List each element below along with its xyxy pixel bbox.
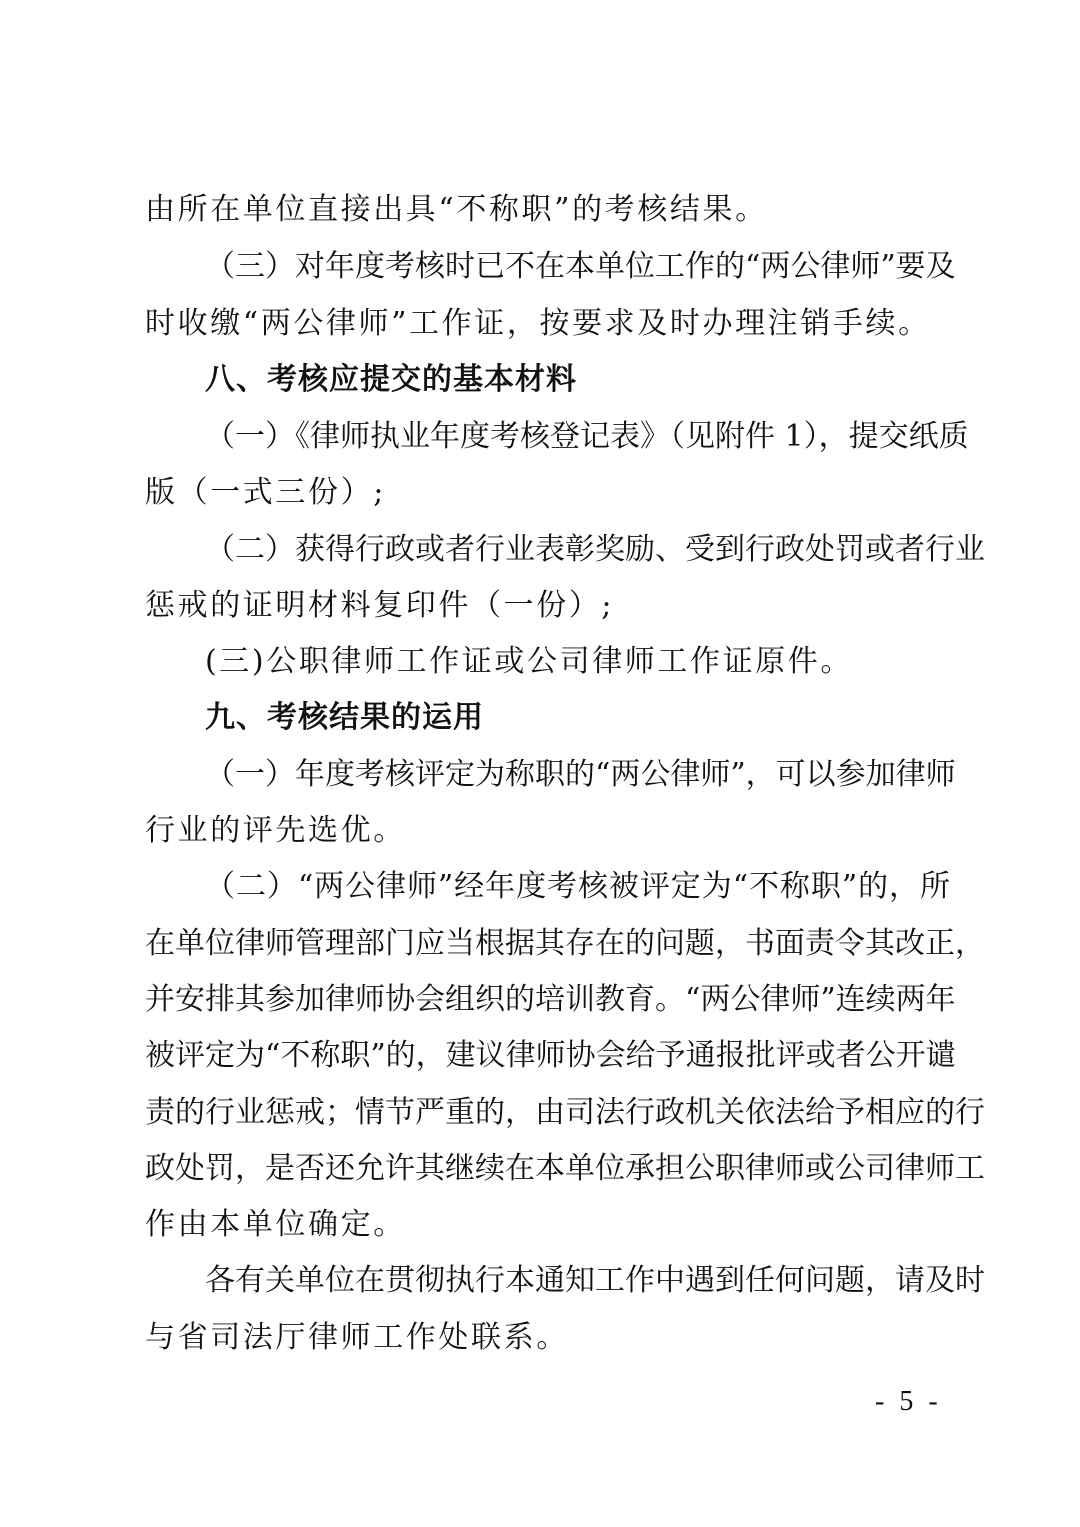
paragraph-line: 在单位律师管理部门应当根据其存在的问题，书面责令其改正，	[145, 924, 950, 964]
paragraph-line: 惩戒的证明材料复印件（一份）;	[145, 586, 950, 626]
paragraph-line: 责的行业惩戒；情节严重的，由司法行政机关依法给予相应的行	[145, 1093, 950, 1133]
paragraph-line: 被评定为“不称职”的，建议律师协会给予通报批评或者公开谴	[145, 1036, 950, 1076]
paragraph-line: （一）《律师执业年度考核登记表》（见附件 1），提交纸质	[205, 417, 950, 457]
page-number: - 5 -	[875, 1384, 942, 1420]
paragraph-line: (三)公职律师工作证或公司律师工作证原件。	[205, 642, 950, 682]
section-heading-9: 九、考核结果的运用	[205, 698, 950, 738]
document-page: 由所在单位直接出具“不称职”的考核结果。 （三）对年度考核时已不在本单位工作的“…	[0, 0, 1080, 1527]
section-heading-8: 八、考核应提交的基本材料	[205, 360, 950, 400]
paragraph-line: 各有关单位在贯彻执行本通知工作中遇到任何问题，请及时	[205, 1261, 950, 1301]
paragraph-line: 时收缴“两公律师”工作证，按要求及时办理注销手续。	[145, 304, 950, 344]
paragraph-line: （三）对年度考核时已不在本单位工作的“两公律师”要及	[205, 247, 950, 287]
paragraph-line: 与省司法厅律师工作处联系。	[145, 1318, 950, 1358]
paragraph-line: 版（一式三份）;	[145, 473, 950, 513]
paragraph-line: 由所在单位直接出具“不称职”的考核结果。	[145, 190, 950, 230]
paragraph-line: （一）年度考核评定为称职的“两公律师”，可以参加律师	[205, 755, 950, 795]
paragraph-line: 政处罚，是否还允许其继续在本单位承担公职律师或公司律师工	[145, 1149, 950, 1189]
paragraph-line: （二）“两公律师”经年度考核被评定为“不称职”的，所	[205, 867, 950, 907]
paragraph-line: 作由本单位确定。	[145, 1205, 950, 1245]
paragraph-line: 行业的评先选优。	[145, 811, 950, 851]
paragraph-line: 并安排其参加律师协会组织的培训教育。“两公律师”连续两年	[145, 980, 950, 1020]
paragraph-line: （二）获得行政或者行业表彰奖励、受到行政处罚或者行业	[205, 530, 950, 570]
